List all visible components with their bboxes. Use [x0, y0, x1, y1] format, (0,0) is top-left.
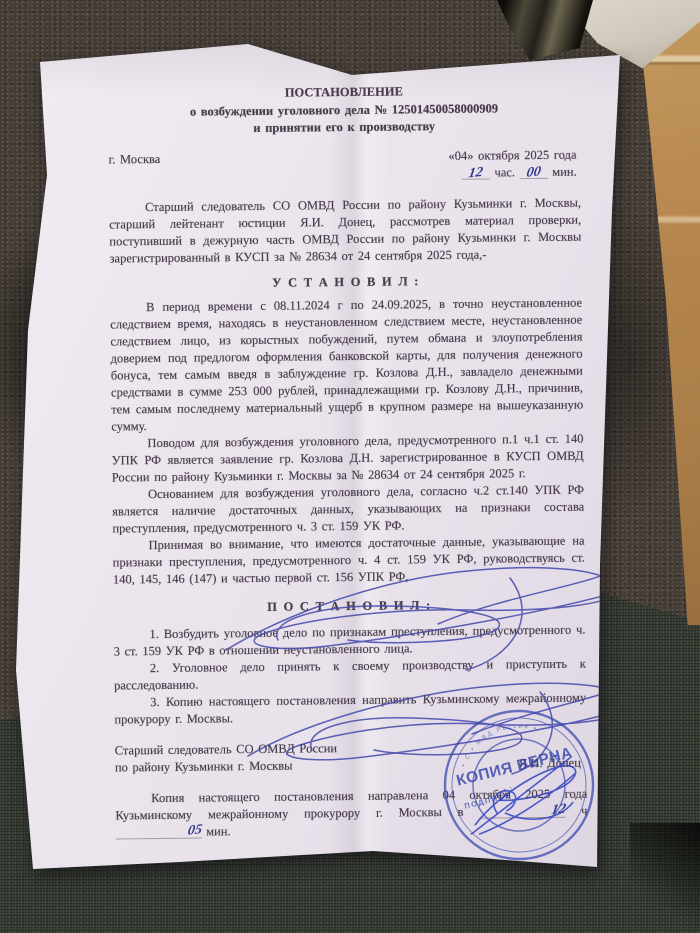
- handwritten-minute: 00: [526, 166, 542, 178]
- title-line-3: и принятии его к производству: [108, 117, 580, 139]
- photo-scene: ПОСТАНОВЛЕНИЕ о возбуждении уголовного д…: [0, 0, 700, 933]
- header-ustanovil: У С Т А Н О В И Л :: [110, 271, 582, 293]
- resolution-item-1: 1. Возбудить уголовное дело по признакам…: [113, 621, 585, 660]
- document-title-block: ПОСТАНОВЛЕНИЕ о возбуждении уголовного д…: [108, 82, 581, 139]
- signer-title-line-2: по району Кузьминки г. Москвы: [116, 878, 339, 897]
- hour-blank: 12: [462, 167, 490, 179]
- intro-paragraph: Старший следователь СО ОМВД России по ра…: [109, 194, 582, 267]
- prinimaya-paragraph: Принимая во внимание, что имеются достат…: [112, 532, 585, 588]
- time-line: 12 час. 00 мин.: [449, 163, 577, 181]
- osnovanie-paragraph: Основанием для возбуждения уголовного де…: [112, 481, 585, 537]
- date-line: «04» октября 2025 года: [448, 146, 576, 164]
- resolution-item-2: 2. Уголовное дело принять к своему произ…: [114, 655, 586, 694]
- signer-name: Я.И. Донец: [520, 875, 588, 893]
- paper-sheet-wrap: ПОСТАНОВЛЕНИЕ о возбуждении уголовного д…: [0, 0, 700, 933]
- minute-label: мин.: [552, 164, 577, 178]
- city-date-row: г. Москва «04» октября 2025 года 12 час.…: [108, 146, 580, 185]
- copy-minute-label: мин.: [206, 824, 231, 838]
- povod-paragraph: Поводом для возбуждения уголовного дела,…: [111, 430, 584, 486]
- hour-label: час.: [494, 165, 515, 179]
- handwritten-hour: 12: [468, 166, 484, 178]
- document-sheet: ПОСТАНОВЛЕНИЕ о возбуждении уголовного д…: [0, 0, 700, 933]
- minute-blank: 00: [520, 166, 548, 178]
- signer-title-block: Старший следователь СО ОМВД России по ра…: [115, 740, 338, 776]
- date-block: «04» октября 2025 года 12 час. 00 мин.: [448, 146, 580, 181]
- city-label: г. Москва: [108, 150, 160, 168]
- signer-title-line-1: Старший следователь СО ОМВД России: [115, 740, 338, 759]
- signer-title-block: Старший следователь СО ОМВД России по ра…: [116, 861, 339, 897]
- signer-title-line-2: по району Кузьминки г. Москвы: [115, 757, 338, 776]
- copy-minute-blank: 05: [116, 826, 202, 839]
- handwritten-copy-minute: 05: [150, 824, 203, 840]
- signature-row-2: Старший следователь СО ОМВД России по ра…: [116, 858, 588, 897]
- signer-title-line-1: Старший следователь СО ОМВД России: [116, 861, 339, 880]
- facts-paragraph: В период времени с 08.11.2024 г по 24.09…: [110, 294, 583, 435]
- header-postanovil: П О С Т А Н О В И Л :: [113, 595, 585, 617]
